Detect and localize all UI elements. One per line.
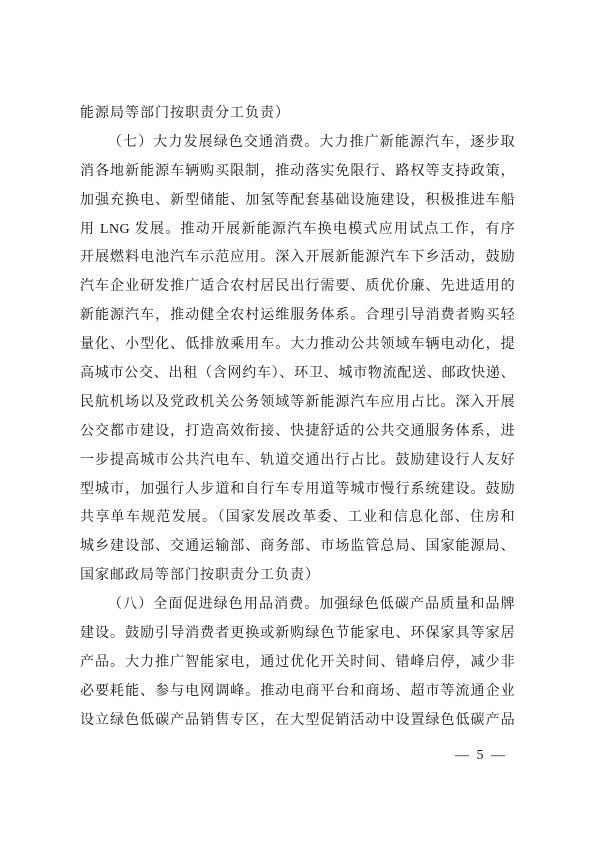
text-line: 建设。鼓励引导消费者更换或新购绿色节能家电、环保家具等家居 [80,620,515,649]
text-line: 产品。大力推广智能家电，通过优化开关时间、错峰启停，减少非 [80,649,515,678]
text-line: 国家邮政局等部门按职责分工负责） [80,562,515,591]
text-line: 型城市，加强行人步道和自行车专用道等城市慢行系统建设。鼓励 [80,476,515,505]
text-line: 汽车企业研发推广适合农村居民出行需要、质优价廉、先进适用的 [80,273,515,302]
text-line: 共享单车规范发展。（国家发展改革委、工业和信息化部、住房和 [80,504,515,533]
text-line: 民航机场以及党政机关公务领域等新能源汽车应用占比。深入开展 [80,389,515,418]
text-line: （八）全面促进绿色用品消费。加强绿色低碳产品质量和品牌 [80,591,515,620]
page-number: — 5 — [455,745,507,767]
text-line: 设立绿色低碳产品销售专区，在大型促销活动中设置绿色低碳产品 [80,707,515,736]
text-line: 必要耗能、参与电网调峰。推动电商平台和商场、超市等流通企业 [80,678,515,707]
text-line: （七）大力发展绿色交通消费。大力推广新能源汽车，逐步取 [80,129,515,158]
text-line: 能源局等部门按职责分工负责） [80,100,515,129]
text-line: 高城市公交、出租（含网约车）、环卫、城市物流配送、邮政快递、 [80,360,515,389]
text-line: 公交都市建设，打造高效衔接、快捷舒适的公共交通服务体系，进 [80,418,515,447]
text-line: 量化、小型化、低排放乘用车。大力推动公共领域车辆电动化，提 [80,331,515,360]
text-line: 用 LNG 发展。推动开展新能源汽车换电模式应用试点工作，有序 [80,216,515,245]
text-line: 新能源汽车，推动健全农村运维服务体系。合理引导消费者购买轻 [80,302,515,331]
text-line: 一步提高城市公共汽电车、轨道交通出行占比。鼓励建设行人友好 [80,447,515,476]
text-line: 消各地新能源车辆购买限制，推动落实免限行、路权等支持政策， [80,158,515,187]
text-line: 开展燃料电池汽车示范应用。深入开展新能源汽车下乡活动，鼓励 [80,244,515,273]
text-line: 城乡建设部、交通运输部、商务部、市场监管总局、国家能源局、 [80,533,515,562]
document-page: 能源局等部门按职责分工负责）（七）大力发展绿色交通消费。大力推广新能源汽车，逐步… [0,0,595,841]
document-lines: 能源局等部门按职责分工负责）（七）大力发展绿色交通消费。大力推广新能源汽车，逐步… [80,100,515,736]
text-line: 加强充换电、新型储能、加氢等配套基础设施建设，积极推进车船 [80,187,515,216]
